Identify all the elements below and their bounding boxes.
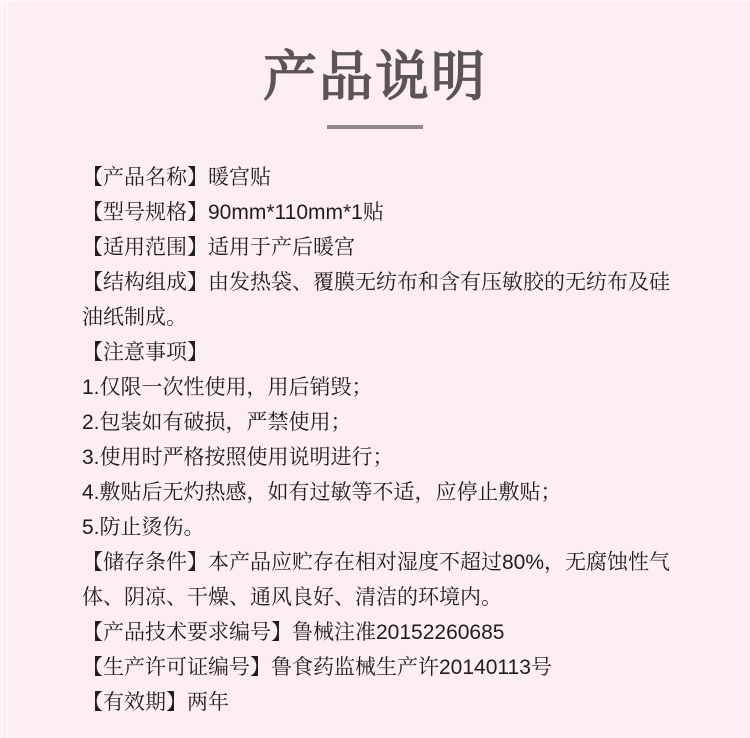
structure-composition-line-1: 【结构组成】由发热袋、覆膜无纺布和含有压敏胶的无纺布及硅 [82, 265, 682, 300]
top-edge-highlight [0, 0, 750, 2]
precaution-item-5: 5.防止烫伤。 [82, 510, 682, 545]
production-license-number-line: 【生产许可证编号】鲁食药监械生产许20140113号 [82, 650, 682, 685]
product-description-page: 产品说明 【产品名称】暖宫贴 【型号规格】90mm*110mm*1贴 【适用范围… [0, 0, 750, 738]
structure-composition-line-2: 油纸制成。 [82, 300, 682, 335]
storage-conditions-line-2: 体、阴凉、干燥、通风良好、清洁的环境内。 [82, 580, 682, 615]
left-edge-artifact-line [6, 0, 8, 738]
product-description-text: 【产品名称】暖宫贴 【型号规格】90mm*110mm*1贴 【适用范围】适用于产… [82, 160, 682, 720]
precaution-item-1: 1.仅限一次性使用，用后销毁； [82, 370, 682, 405]
precautions-heading: 【注意事项】 [82, 335, 682, 370]
storage-conditions-line-1: 【储存条件】本产品应贮存在相对湿度不超过80%，无腐蚀性气 [82, 545, 682, 580]
validity-period-line: 【有效期】两年 [82, 685, 682, 720]
precaution-item-3: 3.使用时严格按照使用说明进行； [82, 440, 682, 475]
technical-requirement-number-line: 【产品技术要求编号】鲁械注准20152260685 [82, 615, 682, 650]
precaution-item-2: 2.包装如有破损，严禁使用； [82, 405, 682, 440]
precaution-item-4: 4.敷贴后无灼热感，如有过敏等不适，应停止敷贴； [82, 475, 682, 510]
page-title: 产品说明 [0, 44, 750, 110]
title-divider [327, 125, 423, 129]
model-spec-line: 【型号规格】90mm*110mm*1贴 [82, 195, 682, 230]
product-name-line: 【产品名称】暖宫贴 [82, 160, 682, 195]
left-edge-artifact-line [1, 0, 3, 738]
applicable-range-line: 【适用范围】适用于产后暖宫 [82, 230, 682, 265]
